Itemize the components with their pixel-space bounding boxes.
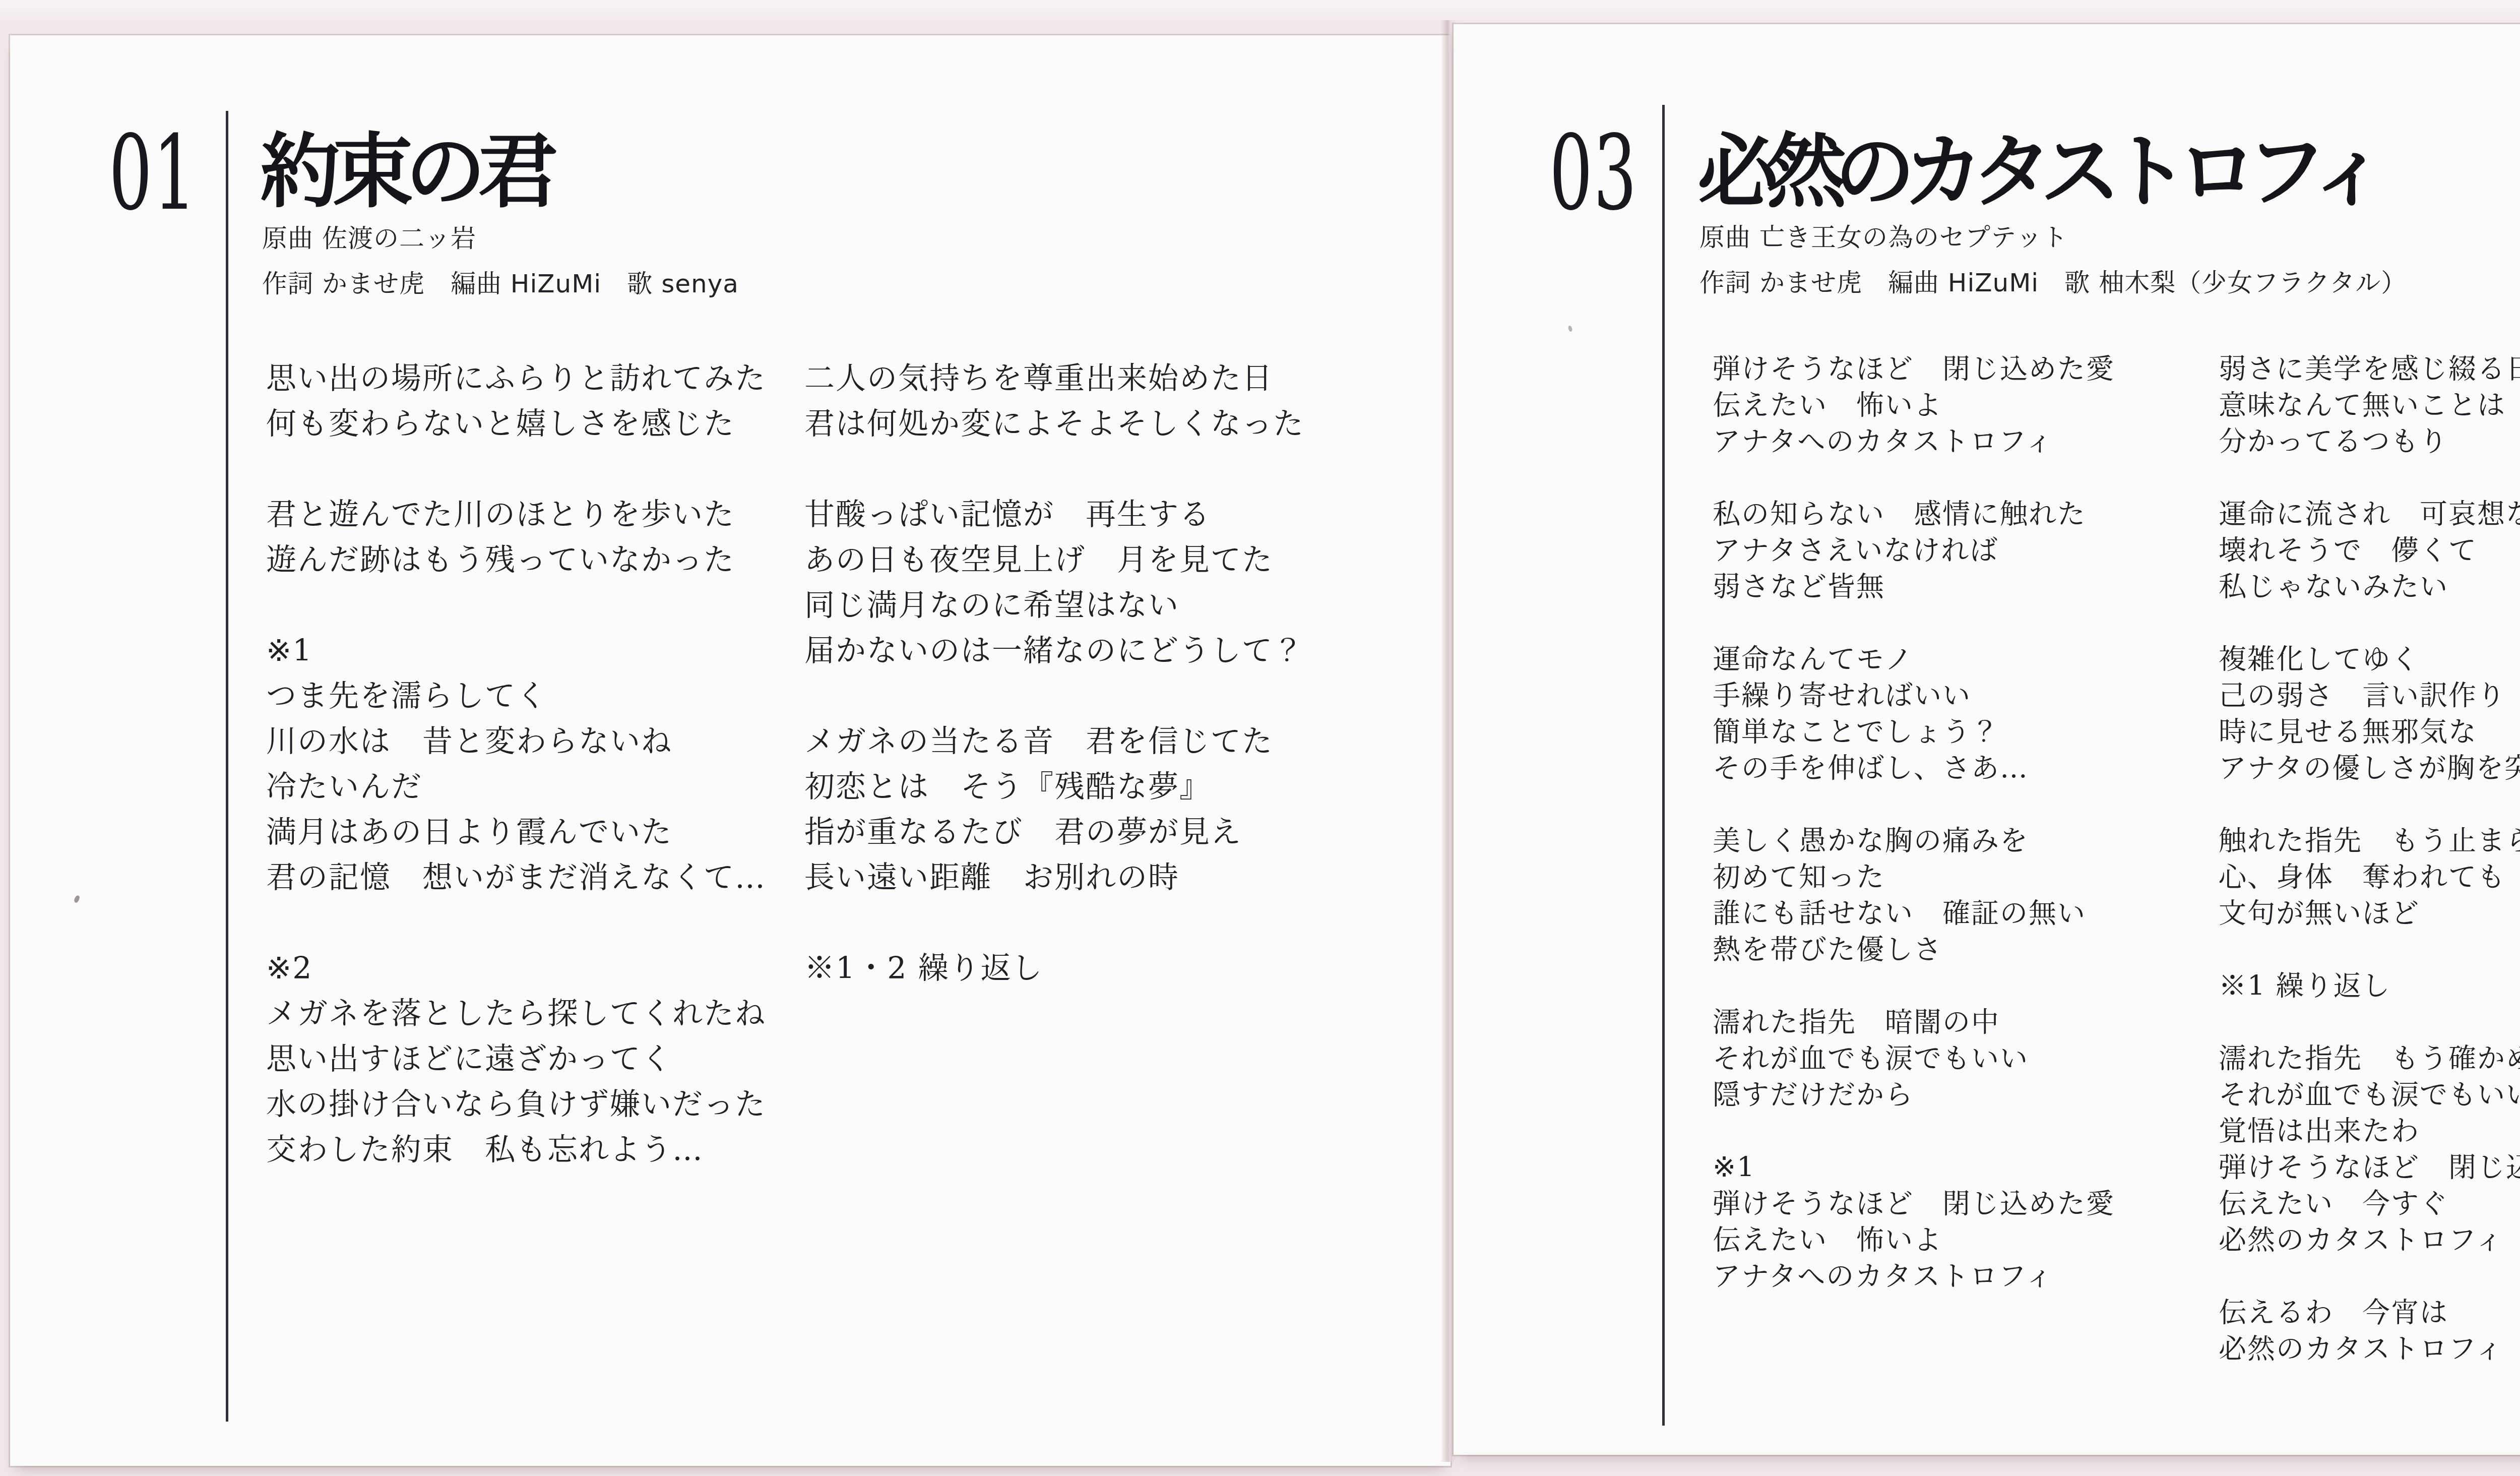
lyrics-column-1: 思い出の場所にふらりと訪れてみた何も変わらないと嬉しさを感じた君と遊んでた川のほ…	[266, 356, 766, 1173]
lyric-line: 濡れた指先 暗闇の中	[1713, 1004, 2115, 1040]
lyric-line: 必然のカタストロフィ	[2219, 1221, 2520, 1258]
lyric-line: 川の水は 昔と変わらないね	[266, 719, 766, 764]
lyric-blank-line	[804, 900, 1304, 946]
lyric-line: ※1	[1713, 1149, 2115, 1185]
lyric-line: ※1・2 繰り返し	[804, 946, 1304, 991]
lyric-line: 壊れそうで 儚くて	[2219, 532, 2520, 568]
lyric-line: 初恋とは そう『残酷な夢』	[804, 764, 1304, 810]
lyric-line: 思い出すほどに遠ざかってく	[266, 1036, 766, 1082]
lyric-blank-line	[266, 447, 766, 492]
lyric-line: メガネの当たる音 君を信じてた	[804, 719, 1304, 764]
lyric-line: 分かってるつもり	[2219, 423, 2520, 459]
lyric-line: 己の弱さ 言い訳作り	[2219, 677, 2520, 713]
lyric-line: 君と遊んでた川のほとりを歩いた	[266, 492, 766, 537]
lyric-line: それが血でも涙でもいい	[2219, 1076, 2520, 1113]
credit-original-song: 原曲 佐渡の二ッ岩	[262, 223, 476, 255]
lyric-line: ※2	[266, 946, 766, 991]
divider-rule	[1662, 105, 1665, 1426]
lyric-line: アナタさえいなければ	[1713, 532, 2115, 568]
lyric-line: 複雑化してゆく	[2219, 641, 2520, 677]
lyric-line: アナタへのカタストロフィ	[1713, 423, 2115, 459]
lyric-line: 水の掛け合いなら負けず嫌いだった	[266, 1082, 766, 1127]
lyric-line: 冷たいんだ	[266, 764, 766, 810]
lyric-line: 長い遠い距離 お別れの時	[804, 855, 1304, 900]
lyric-blank-line	[266, 583, 766, 628]
track-number-01: 01	[109, 122, 197, 225]
lyric-line: 弱さなど皆無	[1713, 568, 2115, 604]
lyric-line: 同じ満月なのに希望はない	[804, 583, 1304, 628]
lyric-line: 意味なんて無いことは	[2219, 387, 2520, 423]
lyric-line: 誰にも話せない 確証の無い	[1713, 895, 2115, 931]
lyric-blank-line	[266, 900, 766, 946]
lyric-line: ※1 繰り返し	[2219, 967, 2520, 1004]
track-title-yakusoku-no-kimi: 約束の君	[260, 131, 550, 212]
lyric-blank-line	[2219, 1258, 2520, 1294]
lyric-line: 手繰り寄せればいい	[1713, 677, 2115, 713]
lyric-line: その手を伸ばし、さあ…	[1713, 750, 2115, 786]
lyric-line: 文句が無いほど	[2219, 895, 2520, 931]
lyric-line: あの日も夜空見上げ 月を見てた	[804, 537, 1304, 583]
lyric-line: 君の記憶 想いがまだ消えなくて…	[266, 855, 766, 900]
lyric-line: 何も変わらないと嬉しさを感じた	[266, 401, 766, 447]
lyric-line: 熱を帯びた優しさ	[1713, 931, 2115, 967]
lyric-line: つま先を濡らしてく	[266, 673, 766, 719]
booklet-page-left: 01 約束の君 原曲 佐渡の二ッ岩 作詞 かませ虎 編曲 HiZuMi 歌 se…	[10, 35, 1451, 1466]
lyric-line: 運命に流され 可哀想な自分が	[2219, 496, 2520, 532]
lyric-line: 簡単なことでしょう？	[1713, 713, 2115, 750]
lyric-line: 伝えるわ 今宵は	[2219, 1294, 2520, 1330]
lyric-blank-line	[804, 447, 1304, 492]
credit-staff: 作詞 かませ虎 編曲 HiZuMi 歌 柚木梨（少女フラクタル）	[1699, 267, 2407, 299]
lyrics-column-2: 二人の気持ちを尊重出来始めた日君は何処か変によそよそしくなった甘酸っぱい記憶が …	[804, 356, 1304, 991]
lyric-blank-line	[1713, 1113, 2115, 1149]
lyrics-column-2: 弱さに美学を感じ綴る日々意味なんて無いことは分かってるつもり運命に流され 可哀想…	[2219, 350, 2520, 1367]
credit-original-song: 原曲 亡き王女の為のセプテット	[1699, 222, 2068, 254]
lyric-line: 隠すだけだから	[1713, 1076, 2115, 1113]
credit-staff: 作詞 かませ虎 編曲 HiZuMi 歌 senya	[262, 268, 739, 300]
lyric-line: 交わした約束 私も忘れよう…	[266, 1127, 766, 1173]
lyric-line: 美しく愚かな胸の痛みを	[1713, 822, 2115, 858]
scan-top-edge	[0, 0, 2520, 20]
lyric-line: 弱さに美学を感じ綴る日々	[2219, 350, 2520, 387]
lyric-blank-line	[2219, 1004, 2520, 1040]
lyric-line: ※1	[266, 628, 766, 673]
lyric-line: 弾けそうなほど 閉じ込めた愛	[2219, 1149, 2520, 1185]
lyrics-column-1: 弾けそうなほど 閉じ込めた愛伝えたい 怖いよアナタへのカタストロフィ私の知らない…	[1713, 350, 2115, 1294]
lyric-line: 伝えたい 今すぐ	[2219, 1185, 2520, 1221]
lyric-line: 必然のカタストロフィ	[2219, 1330, 2520, 1367]
lyric-blank-line	[2219, 604, 2520, 641]
lyric-line: 君は何処か変によそよそしくなった	[804, 401, 1304, 447]
lyric-line: 弾けそうなほど 閉じ込めた愛	[1713, 350, 2115, 387]
dust-speck	[1567, 325, 1573, 332]
lyric-line: 覚悟は出来たわ	[2219, 1113, 2520, 1149]
lyric-blank-line	[1713, 604, 2115, 641]
lyric-line: 私じゃないみたい	[2219, 568, 2520, 604]
lyric-line: 指が重なるたび 君の夢が見え	[804, 810, 1304, 855]
lyric-line: 濡れた指先 もう確かめない	[2219, 1040, 2520, 1076]
lyric-line: 伝えたい 怖いよ	[1713, 387, 2115, 423]
lyric-line: メガネを落としたら探してくれたね	[266, 991, 766, 1036]
lyric-blank-line	[2219, 931, 2520, 967]
lyric-line: 満月はあの日より霞んでいた	[266, 810, 766, 855]
divider-rule	[226, 111, 228, 1422]
booklet-scan: { "colors":{ "background":"#f1e8eb", "pa…	[0, 0, 2520, 1476]
lyric-line: 弾けそうなほど 閉じ込めた愛	[1713, 1185, 2115, 1221]
lyric-blank-line	[1713, 459, 2115, 496]
lyric-line: 私の知らない 感情に触れた	[1713, 496, 2115, 532]
lyric-line: 触れた指先 もう止まらない	[2219, 822, 2520, 858]
lyric-line: それが血でも涙でもいい	[1713, 1040, 2115, 1076]
booklet-page-right: 03 必然のカタストロフィ 原曲 亡き王女の為のセプテット 作詞 かませ虎 編曲…	[1454, 24, 2520, 1455]
lyric-blank-line	[1713, 786, 2115, 822]
lyric-line: 時に見せる無邪気な	[2219, 713, 2520, 750]
lyric-blank-line	[804, 673, 1304, 719]
lyric-line: 甘酸っぱい記憶が 再生する	[804, 492, 1304, 537]
lyric-blank-line	[2219, 786, 2520, 822]
dust-speck	[74, 895, 80, 903]
lyric-line: 遊んだ跡はもう残っていなかった	[266, 537, 766, 583]
lyric-line: 思い出の場所にふらりと訪れてみた	[266, 356, 766, 401]
lyric-line: 二人の気持ちを尊重出来始めた日	[804, 356, 1304, 401]
track-number-03: 03	[1549, 122, 1637, 225]
lyric-blank-line	[2219, 459, 2520, 496]
lyric-line: 初めて知った	[1713, 858, 2115, 895]
lyric-line: 運命なんてモノ	[1713, 641, 2115, 677]
lyric-line: アナタへのカタストロフィ	[1713, 1258, 2115, 1294]
lyric-line: 心、身体 奪われても	[2219, 858, 2520, 895]
lyric-line: アナタの優しさが胸を突き刺す	[2219, 750, 2520, 786]
lyric-blank-line	[1713, 967, 2115, 1004]
track-title-hitsuzen-no-catastrophe: 必然のカタストロフィ	[1697, 131, 2376, 212]
lyric-line: 伝えたい 怖いよ	[1713, 1221, 2115, 1258]
lyric-line: 届かないのは一緒なのにどうして？	[804, 628, 1304, 673]
